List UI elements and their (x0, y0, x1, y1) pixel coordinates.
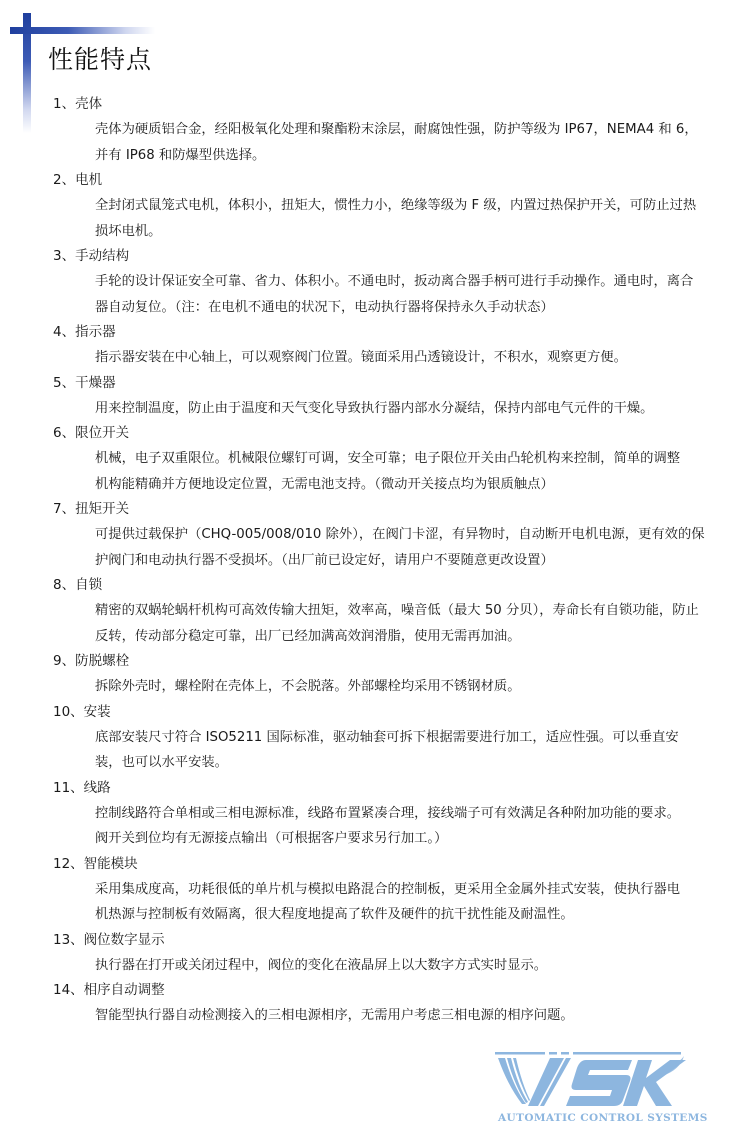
feature-section: 8、自锁精密的双蜗轮蜗杆机构可高效传输大扭矩，效率高，噪音低（最大 50 分贝）… (0, 573, 736, 649)
feature-description-line: 拆除外壳时，螺栓附在壳体上，不会脱落。外部螺栓均采用不锈钢材质。 (95, 674, 736, 700)
decorative-horizontal-bar (10, 27, 155, 34)
feature-section: 9、防脱螺栓拆除外壳时，螺栓附在壳体上，不会脱落。外部螺栓均采用不锈钢材质。 (0, 649, 736, 700)
page-title: 性能特点 (48, 40, 152, 76)
feature-description-line: 全封闭式鼠笼式电机，体积小，扭矩大，惯性力小，绝缘等级为 F 级，内置过热保护开… (95, 193, 736, 219)
feature-heading: 14、相序自动调整 (0, 978, 736, 1003)
feature-description-line: 控制线路符合单相或三相电源标准，线路布置紧凑合理，接线端子可有效满足各种附加功能… (95, 801, 736, 827)
feature-description-line: 壳体为硬质铝合金，经阳极氧化处理和聚酯粉末涂层，耐腐蚀性强，防护等级为 IP67… (95, 117, 736, 143)
feature-heading: 5、干燥器 (0, 371, 736, 396)
feature-description-line: 指示器安装在中心轴上，可以观察阀门位置。镜面采用凸透镜设计，不积水，观察更方便。 (95, 345, 736, 371)
feature-heading: 9、防脱螺栓 (0, 649, 736, 674)
feature-description-line: 器自动复位。（注：在电机不通电的状况下，电动执行器将保持永久手动状态） (95, 295, 736, 321)
feature-description: 拆除外壳时，螺栓附在壳体上，不会脱落。外部螺栓均采用不锈钢材质。 (0, 674, 736, 700)
feature-description: 指示器安装在中心轴上，可以观察阀门位置。镜面采用凸透镜设计，不积水，观察更方便。 (0, 345, 736, 371)
feature-description: 智能型执行器自动检测接入的三相电源相序，无需用户考虑三相电源的相序问题。 (0, 1003, 736, 1029)
feature-heading: 10、安装 (0, 700, 736, 725)
feature-description: 壳体为硬质铝合金，经阳极氧化处理和聚酯粉末涂层，耐腐蚀性强，防护等级为 IP67… (0, 117, 736, 168)
logo-tagline: AUTOMATIC CONTROL SYSTEMS (498, 1112, 682, 1124)
feature-heading: 8、自锁 (0, 573, 736, 598)
feature-description: 手轮的设计保证安全可靠、省力、体积小。不通电时，扳动离合器手柄可进行手动操作。通… (0, 269, 736, 320)
feature-section: 6、限位开关机械，电子双重限位。机械限位螺钉可调，安全可靠；电子限位开关由凸轮机… (0, 421, 736, 497)
feature-section: 13、阀位数字显示执行器在打开或关闭过程中，阀位的变化在液晶屏上以大数字方式实时… (0, 928, 736, 979)
feature-section: 3、手动结构手轮的设计保证安全可靠、省力、体积小。不通电时，扳动离合器手柄可进行… (0, 244, 736, 320)
feature-description-line: 护阀门和电动执行器不受损坏。（出厂前已设定好，请用户不要随意更改设置） (95, 548, 736, 574)
feature-section: 1、壳体壳体为硬质铝合金，经阳极氧化处理和聚酯粉末涂层，耐腐蚀性强，防护等级为 … (0, 92, 736, 168)
feature-description: 机械，电子双重限位。机械限位螺钉可调，安全可靠；电子限位开关由凸轮机构来控制，简… (0, 446, 736, 497)
feature-heading: 7、扭矩开关 (0, 497, 736, 522)
feature-description-line: 智能型执行器自动检测接入的三相电源相序，无需用户考虑三相电源的相序问题。 (95, 1003, 736, 1029)
feature-heading: 3、手动结构 (0, 244, 736, 269)
company-logo: AUTOMATIC CONTROL SYSTEMS (492, 1048, 687, 1132)
feature-description-line: 机构能精确并方便地设定位置，无需电池支持。（微动开关接点均为银质触点） (95, 472, 736, 498)
feature-description-line: 精密的双蜗轮蜗杆机构可高效传输大扭矩，效率高，噪音低（最大 50 分贝），寿命长… (95, 598, 736, 624)
feature-description-line: 手轮的设计保证安全可靠、省力、体积小。不通电时，扳动离合器手柄可进行手动操作。通… (95, 269, 736, 295)
feature-description-line: 用来控制温度，防止由于温度和天气变化导致执行器内部水分凝结，保持内部电气元件的干… (95, 396, 736, 422)
feature-section: 2、电机全封闭式鼠笼式电机，体积小，扭矩大，惯性力小，绝缘等级为 F 级，内置过… (0, 168, 736, 244)
feature-heading: 1、壳体 (0, 92, 736, 117)
feature-section: 11、线路控制线路符合单相或三相电源标准，线路布置紧凑合理，接线端子可有效满足各… (0, 776, 736, 852)
feature-heading: 11、线路 (0, 776, 736, 801)
feature-description: 控制线路符合单相或三相电源标准，线路布置紧凑合理，接线端子可有效满足各种附加功能… (0, 801, 736, 852)
feature-section: 7、扭矩开关可提供过载保护（CHQ-005/008/010 除外），在阀门卡涩，… (0, 497, 736, 573)
feature-description-line: 阀开关到位均有无源接点输出（可根据客户要求另行加工。） (95, 826, 736, 852)
feature-section: 14、相序自动调整智能型执行器自动检测接入的三相电源相序，无需用户考虑三相电源的… (0, 978, 736, 1029)
feature-section: 4、指示器指示器安装在中心轴上，可以观察阀门位置。镜面采用凸透镜设计，不积水，观… (0, 320, 736, 371)
feature-list: 1、壳体壳体为硬质铝合金，经阳极氧化处理和聚酯粉末涂层，耐腐蚀性强，防护等级为 … (0, 92, 736, 1029)
feature-section: 5、干燥器用来控制温度，防止由于温度和天气变化导致执行器内部水分凝结，保持内部电… (0, 371, 736, 422)
feature-description-line: 并有 IP68 和防爆型供选择。 (95, 143, 736, 169)
feature-description: 可提供过载保护（CHQ-005/008/010 除外），在阀门卡涩，有异物时，自… (0, 522, 736, 573)
feature-description-line: 装，也可以水平安装。 (95, 750, 736, 776)
feature-description-line: 反转，传动部分稳定可靠，出厂已经加满高效润滑脂，使用无需再加油。 (95, 624, 736, 650)
feature-description: 精密的双蜗轮蜗杆机构可高效传输大扭矩，效率高，噪音低（最大 50 分贝），寿命长… (0, 598, 736, 649)
vsk-logo-icon (492, 1048, 687, 1110)
feature-description-line: 可提供过载保护（CHQ-005/008/010 除外），在阀门卡涩，有异物时，自… (95, 522, 736, 548)
feature-description: 底部安装尺寸符合 ISO5211 国际标准，驱动轴套可拆下根据需要进行加工，适应… (0, 725, 736, 776)
feature-heading: 4、指示器 (0, 320, 736, 345)
feature-description-line: 机热源与控制板有效隔离，很大程度地提高了软件及硬件的抗干扰性能及耐温性。 (95, 902, 736, 928)
feature-description-line: 损坏电机。 (95, 219, 736, 245)
feature-description-line: 采用集成度高，功耗很低的单片机与模拟电路混合的控制板，更采用全金属外挂式安装，使… (95, 877, 736, 903)
feature-description-line: 底部安装尺寸符合 ISO5211 国际标准，驱动轴套可拆下根据需要进行加工，适应… (95, 725, 736, 751)
feature-description-line: 机械，电子双重限位。机械限位螺钉可调，安全可靠；电子限位开关由凸轮机构来控制，简… (95, 446, 736, 472)
feature-heading: 12、智能模块 (0, 852, 736, 877)
feature-section: 10、安装底部安装尺寸符合 ISO5211 国际标准，驱动轴套可拆下根据需要进行… (0, 700, 736, 776)
feature-description-line: 执行器在打开或关闭过程中，阀位的变化在液晶屏上以大数字方式实时显示。 (95, 953, 736, 979)
feature-description: 用来控制温度，防止由于温度和天气变化导致执行器内部水分凝结，保持内部电气元件的干… (0, 396, 736, 422)
feature-section: 12、智能模块采用集成度高，功耗很低的单片机与模拟电路混合的控制板，更采用全金属… (0, 852, 736, 928)
feature-heading: 6、限位开关 (0, 421, 736, 446)
feature-description: 执行器在打开或关闭过程中，阀位的变化在液晶屏上以大数字方式实时显示。 (0, 953, 736, 979)
feature-heading: 2、电机 (0, 168, 736, 193)
feature-description: 全封闭式鼠笼式电机，体积小，扭矩大，惯性力小，绝缘等级为 F 级，内置过热保护开… (0, 193, 736, 244)
feature-heading: 13、阀位数字显示 (0, 928, 736, 953)
feature-description: 采用集成度高，功耗很低的单片机与模拟电路混合的控制板，更采用全金属外挂式安装，使… (0, 877, 736, 928)
